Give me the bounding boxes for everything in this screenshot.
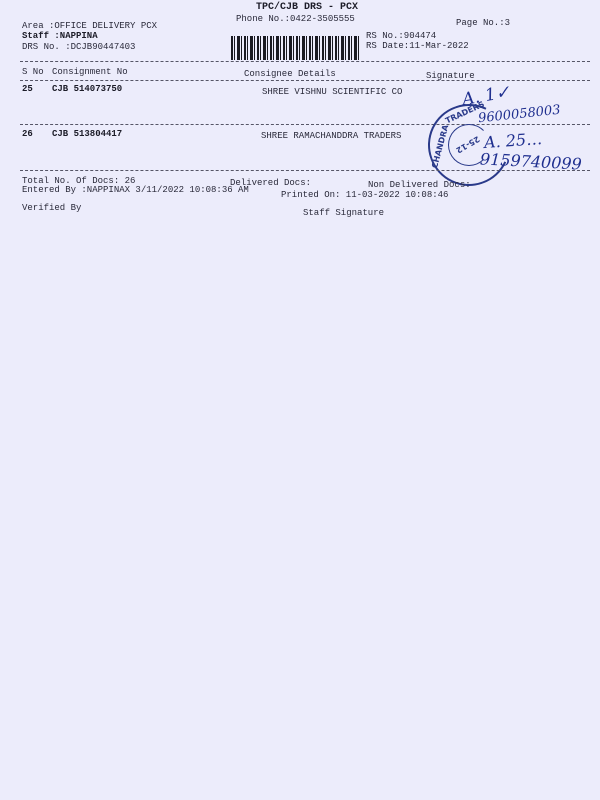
row-consignment-no: CJB 513804417: [52, 129, 122, 139]
handwritten-signature: A. 25…: [483, 129, 542, 152]
divider: [20, 80, 590, 81]
handwritten-phone: 9600058003: [477, 103, 561, 127]
printed-on: Printed On: 11-03-2022 10:08:46: [281, 190, 448, 200]
rs-number: RS No.:904474: [366, 31, 436, 41]
divider: [20, 170, 590, 171]
staff-label: Staff :NAPPINA: [22, 31, 98, 41]
staff-signature: Staff Signature: [303, 208, 384, 218]
handwritten-signature: A. 1✓: [461, 82, 512, 110]
drs-number: DRS No. :DCJB90447403: [22, 42, 135, 52]
row-consignee: SHREE VISHNU SCIENTIFIC CO: [262, 87, 402, 97]
area-label: Area :OFFICE DELIVERY PCX: [22, 21, 157, 31]
non-delivered-docs: Non Delivered Docs:: [368, 180, 471, 190]
verified-by: Verified By: [22, 203, 81, 213]
column-header-sno: S No: [22, 67, 44, 77]
row-sno: 26: [22, 129, 33, 139]
document-title: TPC/CJB DRS - PCX: [256, 2, 358, 13]
row-sno: 25: [22, 84, 33, 94]
entered-by: Entered By :NAPPINAX 3/11/2022 10:08:36 …: [22, 185, 249, 195]
barcode: [231, 36, 359, 60]
column-header-consignee: Consignee Details: [244, 69, 336, 79]
divider: [20, 61, 590, 62]
page-number: Page No.:3: [456, 18, 510, 28]
phone-number: Phone No.:0422-3505555: [236, 14, 355, 24]
row-consignee: SHREE RAMACHANDDRA TRADERS: [261, 131, 401, 141]
row-consignment-no: CJB 514073750: [52, 84, 122, 94]
rs-date: RS Date:11-Mar-2022: [366, 41, 469, 51]
column-header-consignment: Consignment No: [52, 67, 128, 77]
